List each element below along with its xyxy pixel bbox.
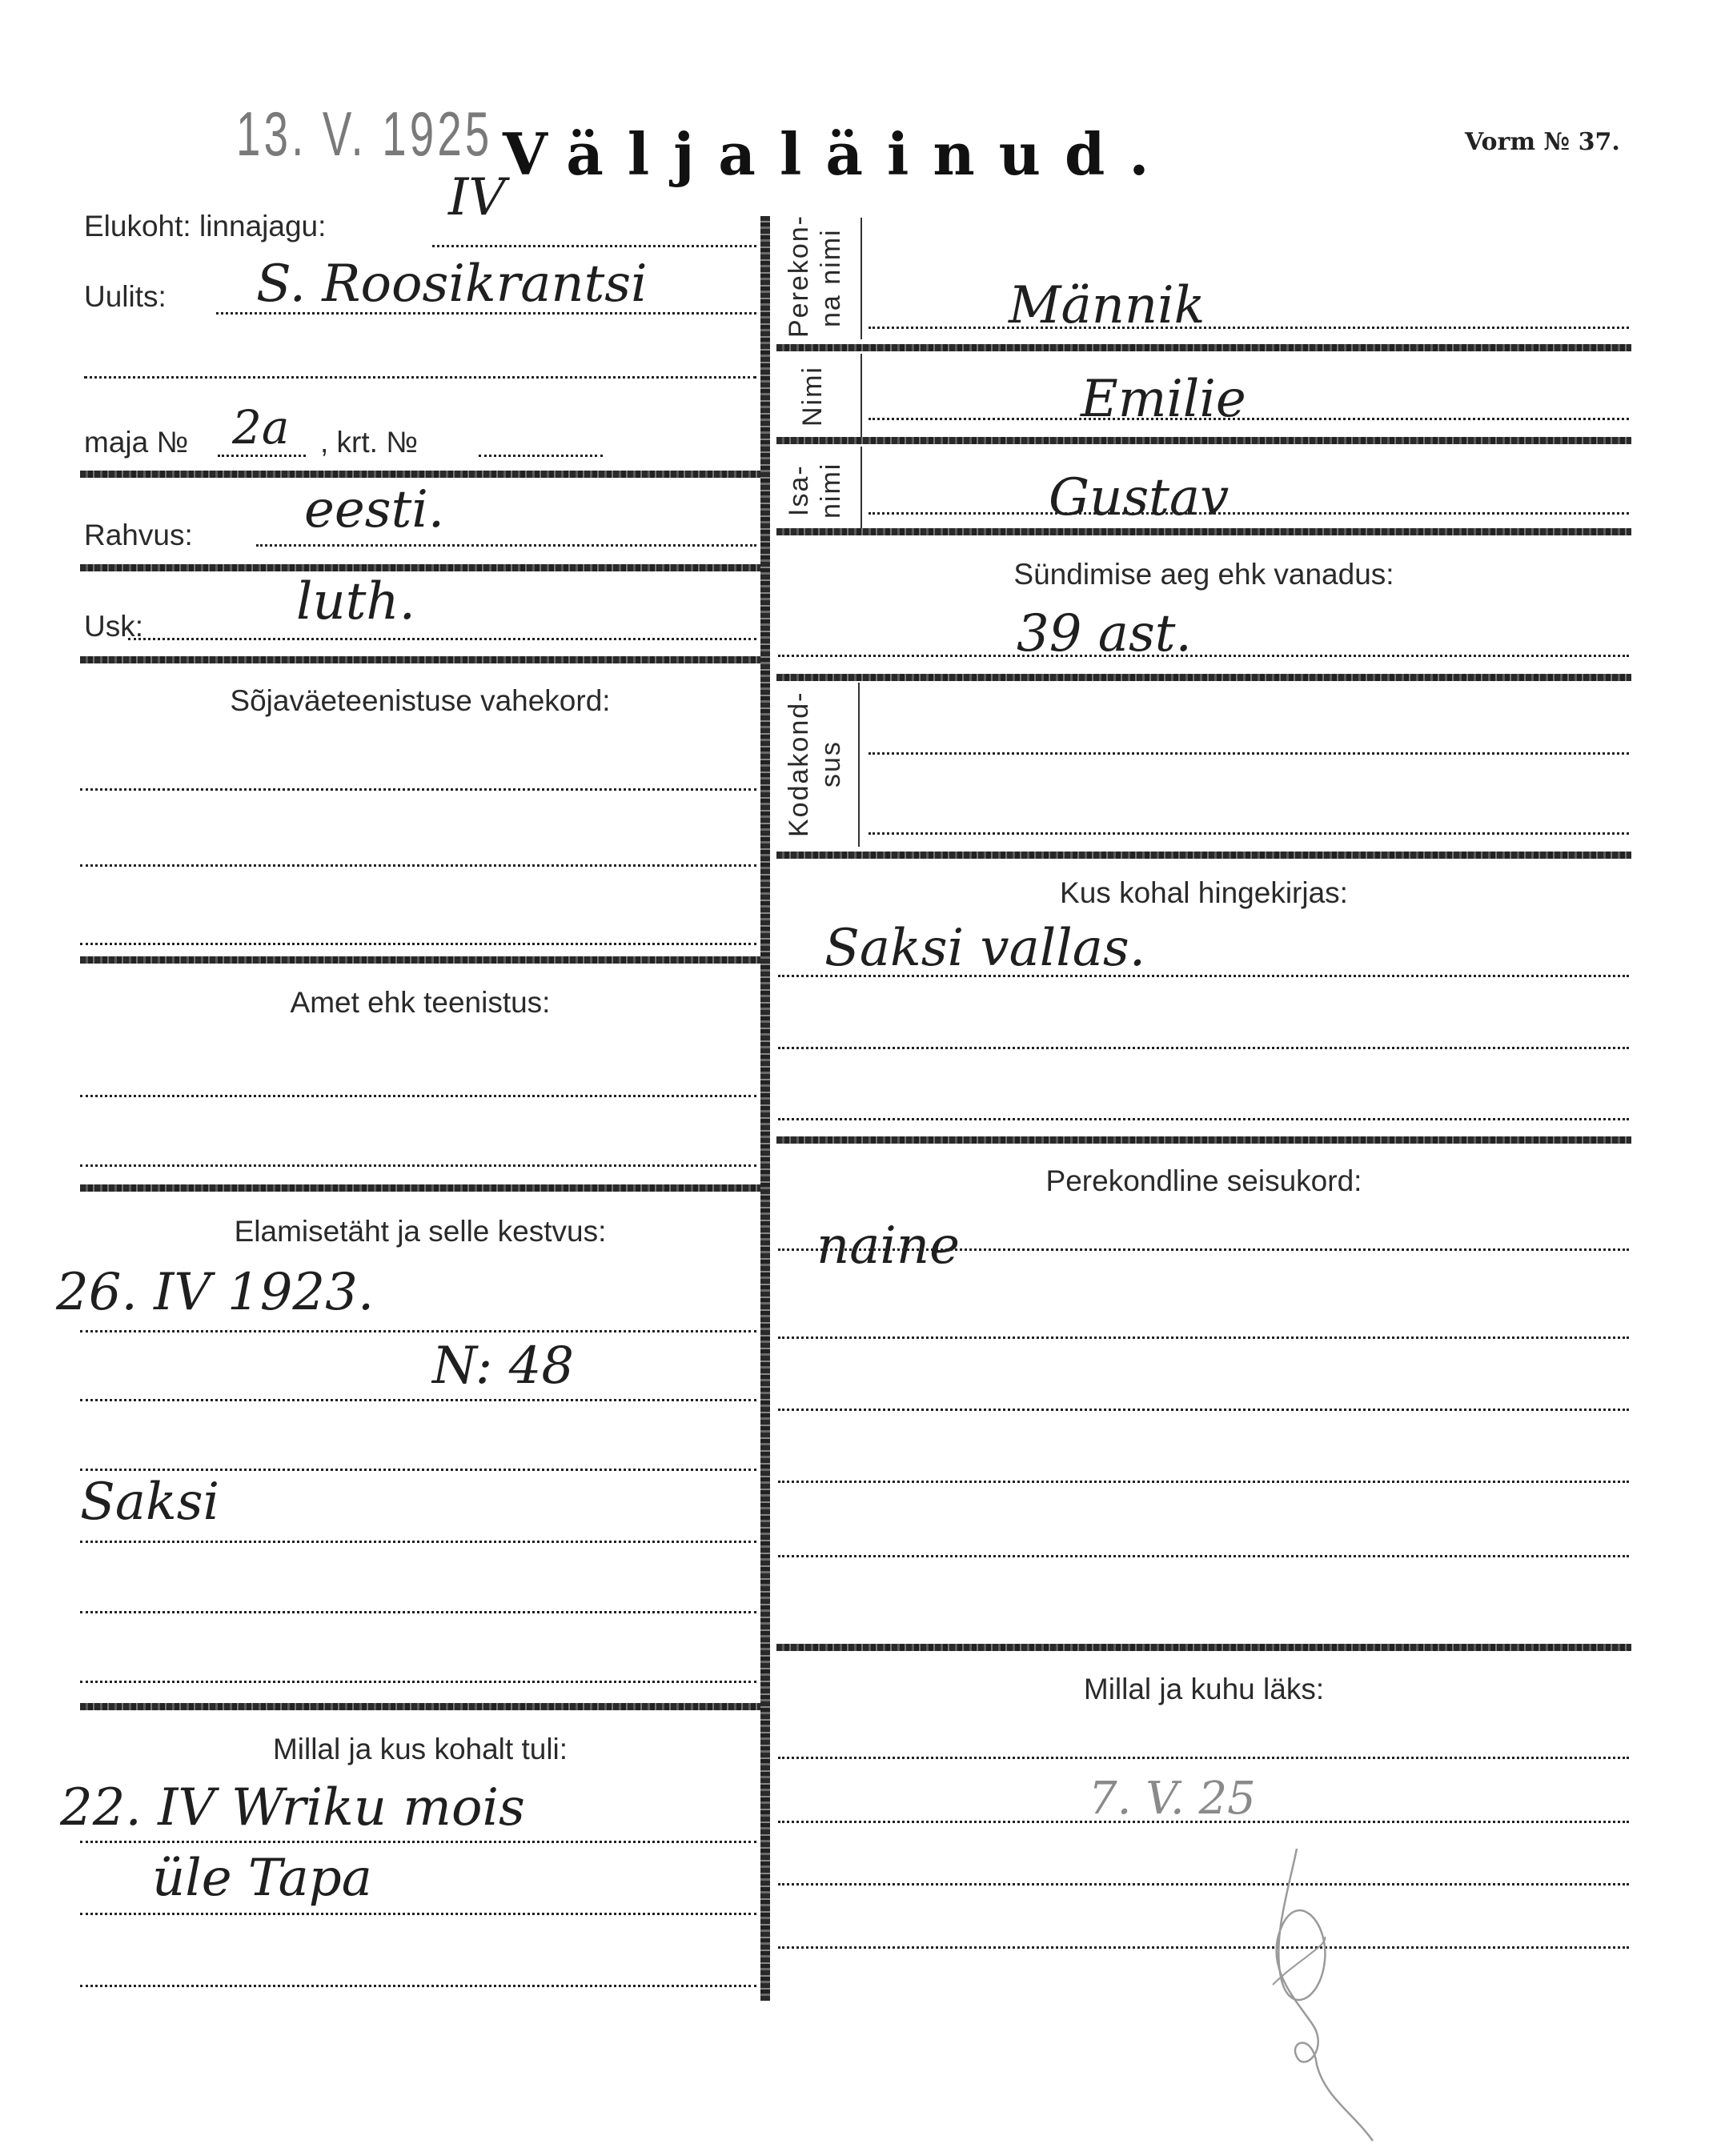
rule [776,528,1631,535]
tuli-line [80,1913,756,1915]
isanimi-line [869,512,1629,515]
usk-line [128,638,756,640]
elukoht-value[interactable]: IV [448,168,506,227]
krt-line [479,455,603,457]
kodakondsus-line [869,832,1629,835]
laks-line [778,1821,1629,1823]
rahvus-label: Rahvus: [84,519,193,552]
elamis-label: Elamisetäht ja selle kestvus: [80,1215,760,1248]
elamis-line [80,1399,756,1401]
sojavae-line [80,788,756,791]
elukoht-label: Elukoht: linnajagu: [84,210,326,243]
elamis-value-1[interactable]: 26. IV 1923. [56,1263,374,1322]
laks-line [778,1883,1629,1885]
laks-line [778,1946,1629,1949]
elamis-line [80,1469,756,1471]
laks-value[interactable]: 7. V. 25 [1089,1773,1256,1825]
perekondline-line [778,1555,1629,1557]
kodakondsus-label: Kodakond- sus [783,684,847,844]
label-divider [860,447,862,535]
tuli-label: Millal ja kus kohalt tuli: [80,1733,760,1766]
rule [80,1703,760,1710]
maja-line [218,455,306,457]
isanimi-value[interactable]: Gustav [1049,468,1229,527]
uulits-value[interactable]: S. Roosikrantsi [256,254,648,314]
rule [776,437,1631,444]
kodakondsus-line [869,752,1629,755]
laks-line [778,1757,1629,1759]
hingekiri-line [778,975,1629,977]
rule [776,1136,1631,1144]
nimi-line [869,418,1629,420]
form-title: Väljaläinud. [503,120,1173,188]
amet-label: Amet ehk teenistus: [80,986,760,1020]
form-number: Vorm № 37. [1465,128,1620,156]
label-divider [860,218,862,339]
tuli-line [80,1841,756,1843]
nimi-label: Nimi [796,356,828,436]
rule [776,1644,1631,1651]
uulits-line-2 [84,376,756,379]
perekonnanimi-label: Perekon- na nimi [783,218,847,338]
hingekiri-line [778,1047,1629,1049]
laks-label: Millal ja kuhu läks: [776,1673,1631,1706]
maja-value[interactable]: 2a [232,400,289,455]
rule [776,674,1631,681]
perekondline-value[interactable]: naine [816,1216,960,1276]
hingekiri-value[interactable]: Saksi vallas. [824,919,1145,978]
rahvus-value[interactable]: eesti. [304,480,444,539]
perekondline-line [778,1481,1629,1483]
elukoht-line [432,245,756,247]
rule [80,564,760,571]
sojavae-line [80,943,756,945]
krt-label: , krt. № [320,426,418,459]
rule [80,656,760,663]
rule [80,471,760,478]
perekondline-line [778,1248,1629,1251]
elamis-line [80,1330,756,1332]
amet-line [80,1095,756,1097]
amet-line [80,1164,756,1167]
maja-label: maja № [84,426,188,459]
perekondline-line [778,1336,1629,1339]
perekondline-line [778,1409,1629,1411]
sojavae-label: Sõjaväeteenistuse vahekord: [80,684,760,718]
perekonnanimi-line [869,327,1629,329]
rule [80,956,760,964]
isanimi-label: Isa- nimi [783,448,847,532]
usk-value[interactable]: luth. [296,572,415,631]
rule [776,852,1631,859]
elamis-line [80,1611,756,1613]
elamis-line [80,1681,756,1683]
hingekiri-line [778,1118,1629,1120]
tuli-value-2[interactable]: üle Tapa [152,1849,372,1908]
sundimise-label: Sündimise aeg ehk vanadus: [776,558,1631,591]
uulits-label: Uulits: [84,280,166,314]
perekondline-label: Perekondline seisukord: [776,1164,1631,1198]
rule [80,1184,760,1192]
date-stamp: 13. V. 1925 [236,98,492,170]
uulits-line [216,312,756,315]
elamis-value-2[interactable]: N: 48 [432,1336,574,1396]
sojavae-line [80,864,756,867]
tuli-line [80,1985,756,1987]
label-divider [860,354,862,442]
rahvus-line [256,544,756,547]
tuli-value-1[interactable]: 22. IV Wriku mois [60,1778,525,1837]
elamis-value-4[interactable]: Saksi [80,1473,219,1532]
label-divider [858,683,860,847]
rule [776,344,1631,351]
hingekiri-label: Kus kohal hingekirjas: [776,876,1631,910]
elamis-line [80,1541,756,1543]
column-divider [760,216,770,2001]
signature-scribble [1249,1841,1377,2145]
sundimise-line [778,655,1629,657]
